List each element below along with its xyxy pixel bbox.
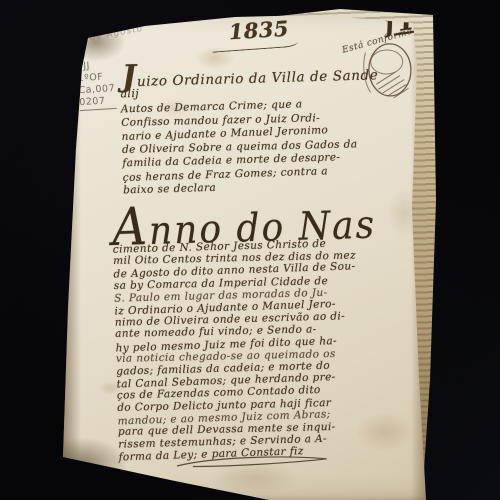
court-header-line: Juizo Ordinario da Villa de Sande <box>122 52 379 94</box>
pencil-date-note: 7 de Agosto <box>78 24 144 46</box>
photo-background: 7 de Agosto TJJ 1ºOF Ca,007 0207 1835 f1 <box>0 0 500 500</box>
header-subline: alij <box>120 87 139 101</box>
manuscript-page: 7 de Agosto TJJ 1ºOF Ca,007 0207 1835 f1 <box>55 8 435 500</box>
body-paragraph: cimento de N. Sehor Jesus Christo de mil… <box>113 236 399 463</box>
closing-flourish <box>173 450 333 472</box>
archival-pencil-note: TJJ 1ºOF Ca,007 0207 <box>77 59 117 111</box>
year-heading: 1835 <box>198 14 319 46</box>
pencil-note-line: 0207 <box>79 95 116 111</box>
page-content: 7 de Agosto TJJ 1ºOF Ca,007 0207 1835 f1 <box>48 3 442 500</box>
opening-paragraph: Autos de Demarca Crime; que a Confisso m… <box>121 97 369 198</box>
